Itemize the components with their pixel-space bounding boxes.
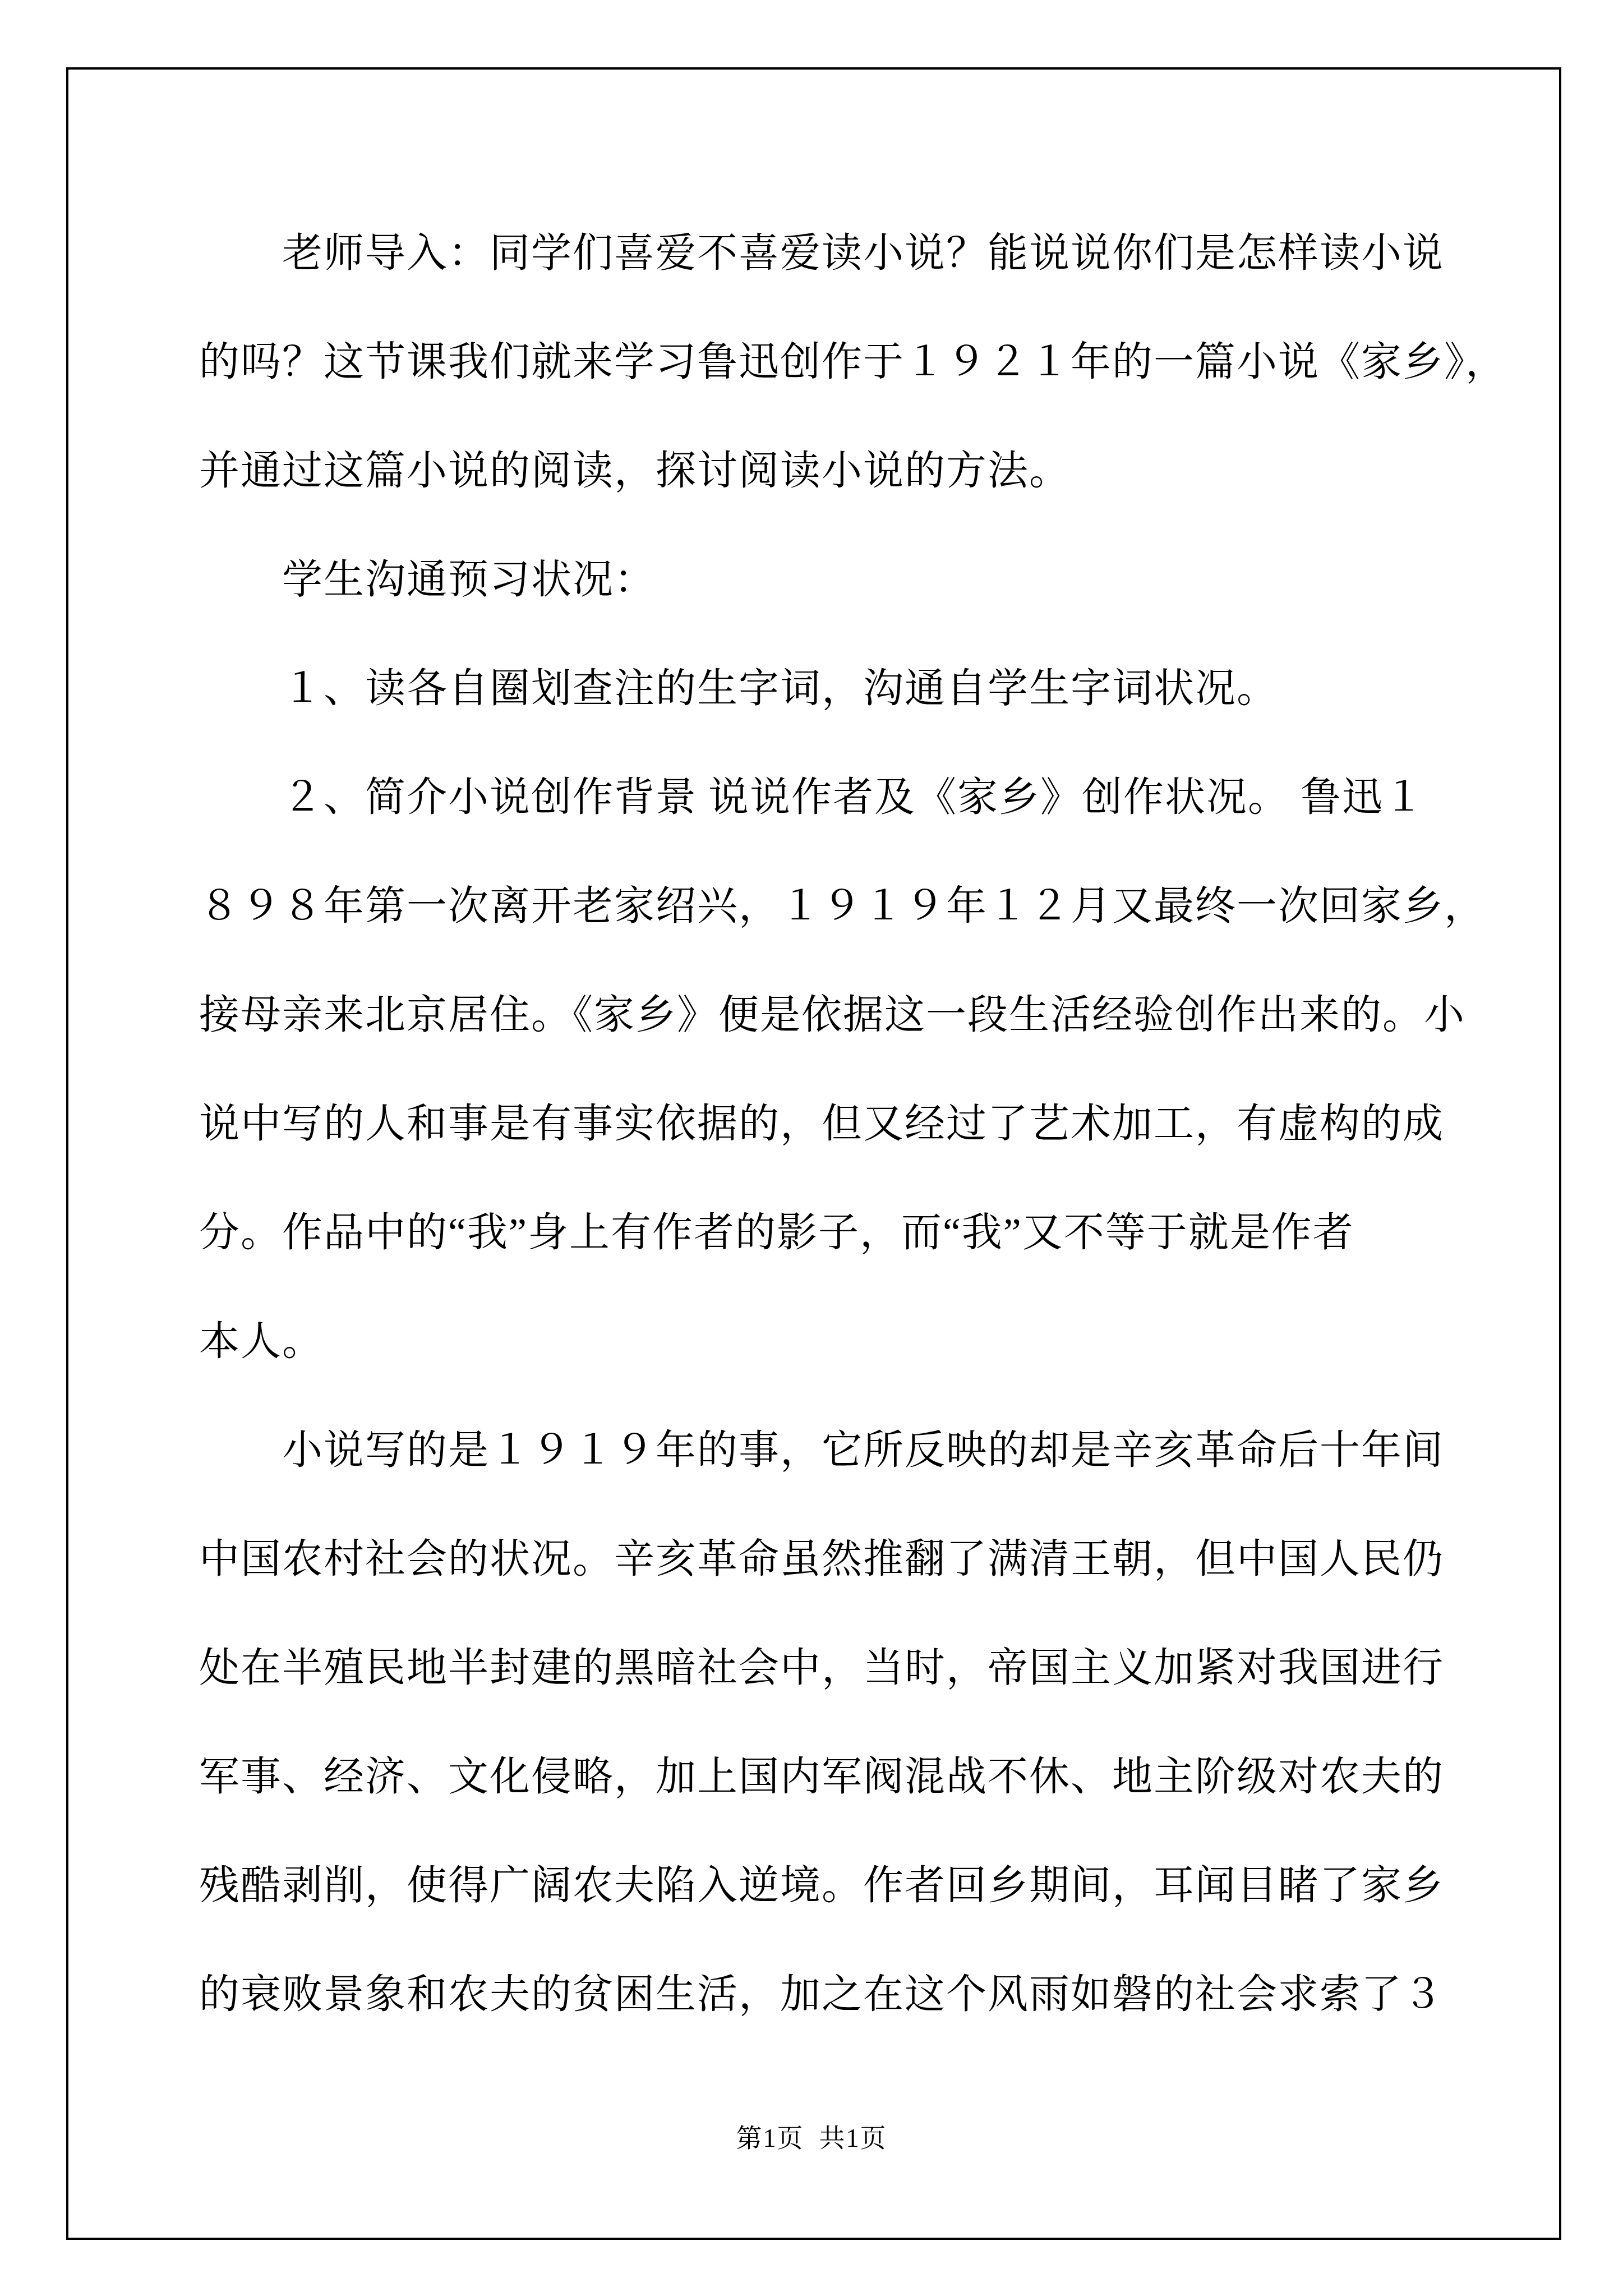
body-text-line: １、读各自圈划查注的生字词，沟通自学生字词状况。 bbox=[199, 634, 1506, 743]
body-text-line: 本人。 bbox=[199, 1287, 1506, 1396]
body-text-line: 军事、经济、文化侵略，加上国内军阀混战不休、地主阶级对农夫的 bbox=[199, 1722, 1506, 1831]
body-text-line: ８９８年第一次离开老家绍兴，１９１９年１２月又最终一次回家乡， bbox=[199, 852, 1506, 960]
body-text-line: 说中写的人和事是有事实依据的，但又经过了艺术加工，有虚构的成 bbox=[199, 1069, 1506, 1178]
page-footer: 第1页 共1页 bbox=[0, 2122, 1623, 2155]
body-text-line: 残酷剥削，使得广阔农夫陷入逆境。作者回乡期间，耳闻目睹了家乡 bbox=[199, 1831, 1506, 1940]
body-text-line: 接母亲来北京居住。《家乡》便是依据这一段生活经验创作出来的。小 bbox=[199, 960, 1506, 1069]
document-page: 老师导入：同学们喜爱不喜爱读小说？能说说你们是怎样读小说 的吗？这节课我们就来学… bbox=[0, 0, 1623, 2296]
body-text-line: 中国农村社会的状况。辛亥革命虽然推翻了满清王朝，但中国人民仍 bbox=[199, 1504, 1506, 1613]
body-text-line: 处在半殖民地半封建的黑暗社会中，当时，帝国主义加紧对我国进行 bbox=[199, 1613, 1506, 1722]
body-text-line: 小说写的是１９１９年的事，它所反映的却是辛亥革命后十年间 bbox=[199, 1396, 1506, 1504]
document-body: 老师导入：同学们喜爱不喜爱读小说？能说说你们是怎样读小说 的吗？这节课我们就来学… bbox=[199, 199, 1506, 2049]
body-text-line: 分。作品中的“我”身上有作者的影子，而“我”又不等于就是作者 bbox=[199, 1178, 1506, 1287]
body-text-line: 的衰败景象和农夫的贫困生活，加之在这个风雨如磐的社会求索了３ bbox=[199, 1940, 1506, 2049]
body-text-line: 并通过这篇小说的阅读，探讨阅读小说的方法。 bbox=[199, 416, 1506, 525]
body-text-line: ２、简介小说创作背景 说说作者及《家乡》创作状况。 鲁迅１ bbox=[199, 743, 1506, 852]
body-text-line: 的吗？这节课我们就来学习鲁迅创作于１９２１年的一篇小说《家乡》， bbox=[199, 307, 1506, 416]
body-text-line: 老师导入：同学们喜爱不喜爱读小说？能说说你们是怎样读小说 bbox=[199, 199, 1506, 307]
body-text-line: 学生沟通预习状况： bbox=[199, 525, 1506, 634]
